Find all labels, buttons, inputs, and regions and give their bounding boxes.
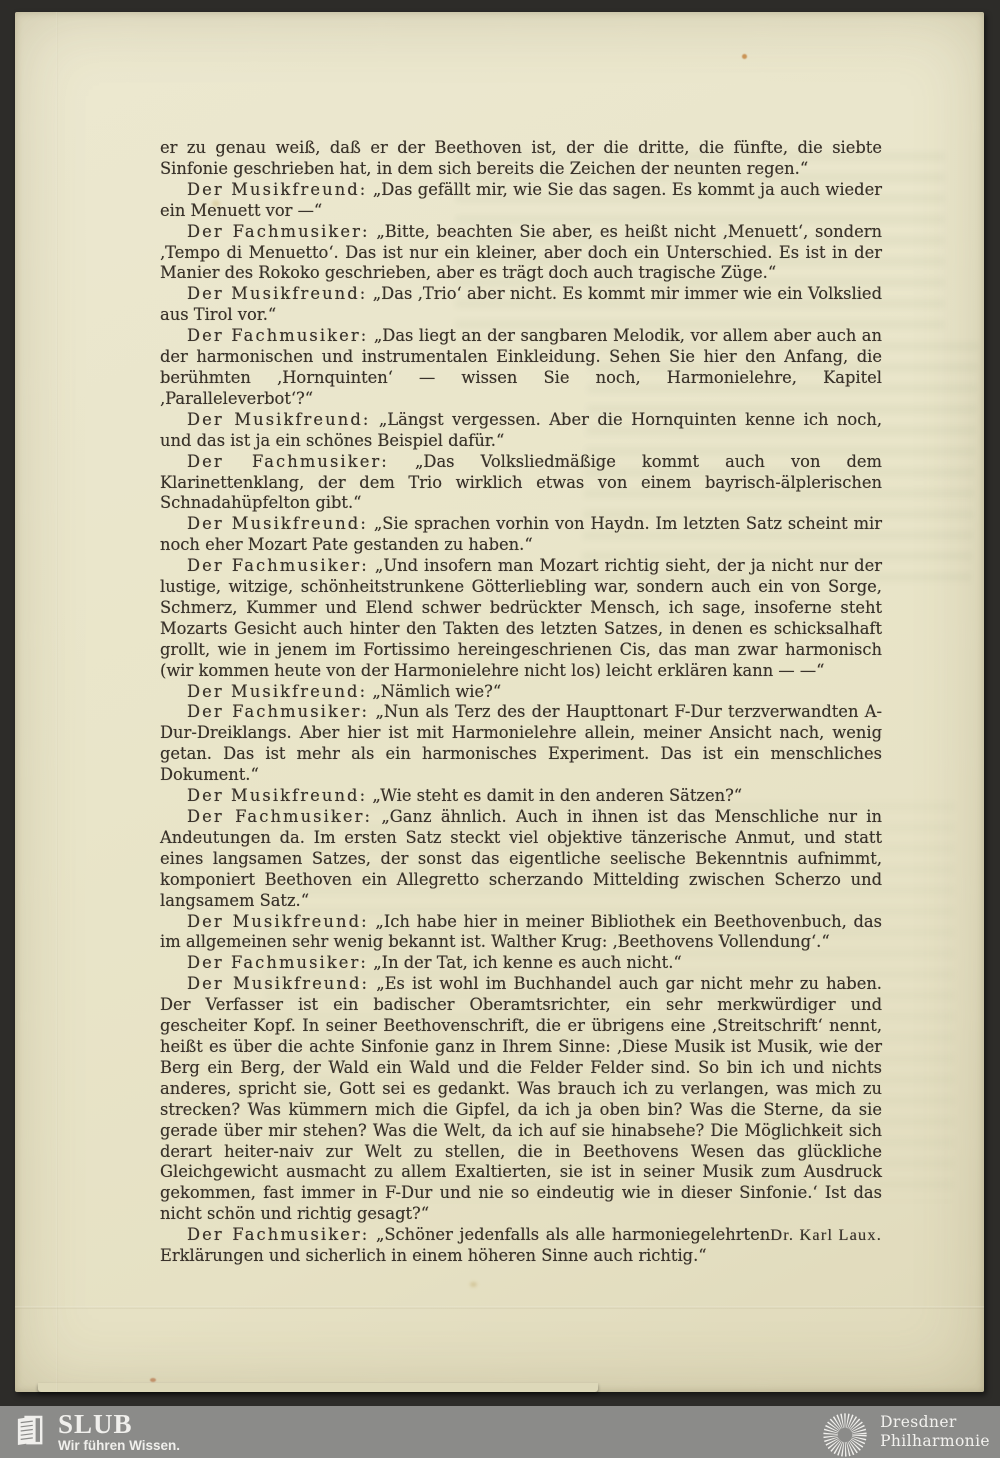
text-block: er zu genau weiß, daß er der Beethoven i… — [160, 138, 882, 1267]
paper-stain — [150, 1378, 156, 1382]
slub-tagline: Wir führen Wissen. — [58, 1437, 180, 1454]
speaker-label: Der Musikfreund: — [187, 682, 367, 701]
starburst-logo-icon — [820, 1409, 870, 1458]
paper-stain — [742, 54, 747, 59]
speaker-label: Der Fachmusiker: — [187, 326, 368, 345]
paragraph: Der Fachmusiker: „Das Volksliedmäßige ko… — [160, 452, 882, 515]
speaker-label: Der Musikfreund: — [187, 180, 367, 199]
speaker-label: Der Fachmusiker: — [187, 1225, 369, 1244]
speaker-label: Der Fachmusiker: — [187, 556, 369, 575]
paragraph: Der Musikfreund: „Es ist wohl im Buchhan… — [160, 974, 882, 1225]
paragraph: er zu genau weiß, daß er der Beethoven i… — [160, 138, 882, 180]
speaker-label: Der Musikfreund: — [187, 284, 367, 303]
speaker-label: Der Fachmusiker: — [187, 222, 370, 241]
branding-footer: SLUB Wir führen Wissen. Dresdner Philhar… — [0, 1406, 1000, 1458]
paragraph: Der Musikfreund: „Wie steht es damit in … — [160, 786, 882, 807]
speaker-label: Der Musikfreund: — [187, 786, 367, 805]
open-book-icon — [16, 1412, 44, 1450]
speaker-label: Der Fachmusiker: — [187, 807, 372, 826]
paragraph: Der Musikfreund: „Längst vergessen. Aber… — [160, 410, 882, 452]
speaker-label: Der Fachmusiker: — [187, 953, 368, 972]
dresdner-philharmonie-logo: Dresdner Philharmonie — [820, 1405, 990, 1458]
speaker-label: Der Fachmusiker: — [187, 702, 369, 721]
speaker-label: Der Musikfreund: — [187, 912, 369, 931]
paragraph: Der Fachmusiker: „Bitte, beachten Sie ab… — [160, 222, 882, 285]
author-signature: Dr. Karl Laux. — [770, 1225, 882, 1246]
paragraph: Der Musikfreund: „Nämlich wie?“ — [160, 682, 882, 703]
paragraph: Der Musikfreund: „Ich habe hier in meine… — [160, 912, 882, 954]
paragraph: Der Musikfreund: „Sie sprachen vorhin vo… — [160, 514, 882, 556]
speaker-label: Der Fachmusiker: — [187, 452, 389, 471]
fold-crease — [15, 1306, 984, 1309]
paragraph: Dr. Karl Laux.Der Fachmusiker: „Schöner … — [160, 1225, 882, 1267]
paper-stain — [470, 1282, 477, 1287]
paragraph: Der Fachmusiker: „Das liegt an der sangb… — [160, 326, 882, 410]
speaker-label: Der Musikfreund: — [187, 974, 369, 993]
speaker-label: Der Musikfreund: — [187, 514, 368, 533]
fold-crease — [56, 12, 58, 1392]
speaker-label: Der Musikfreund: — [187, 410, 370, 429]
dp-wordmark-line2: Philharmonie — [880, 1432, 990, 1451]
page-edge — [38, 1383, 598, 1392]
paragraph: Der Musikfreund: „Das ‚Trio‘ aber nicht.… — [160, 284, 882, 326]
slub-logo: SLUB Wir führen Wissen. — [16, 1411, 180, 1454]
paragraph: Der Fachmusiker: „Ganz ähnlich. Auch in … — [160, 807, 882, 912]
paragraph: Der Fachmusiker: „In der Tat, ich kenne … — [160, 953, 882, 974]
paragraph: Der Fachmusiker: „Und insofern man Mozar… — [160, 556, 882, 681]
slub-wordmark: SLUB — [58, 1411, 180, 1437]
dp-wordmark-line1: Dresdner — [880, 1413, 990, 1432]
paragraph: Der Musikfreund: „Das gefällt mir, wie S… — [160, 180, 882, 222]
paragraph: Der Fachmusiker: „Nun als Terz des der H… — [160, 702, 882, 786]
